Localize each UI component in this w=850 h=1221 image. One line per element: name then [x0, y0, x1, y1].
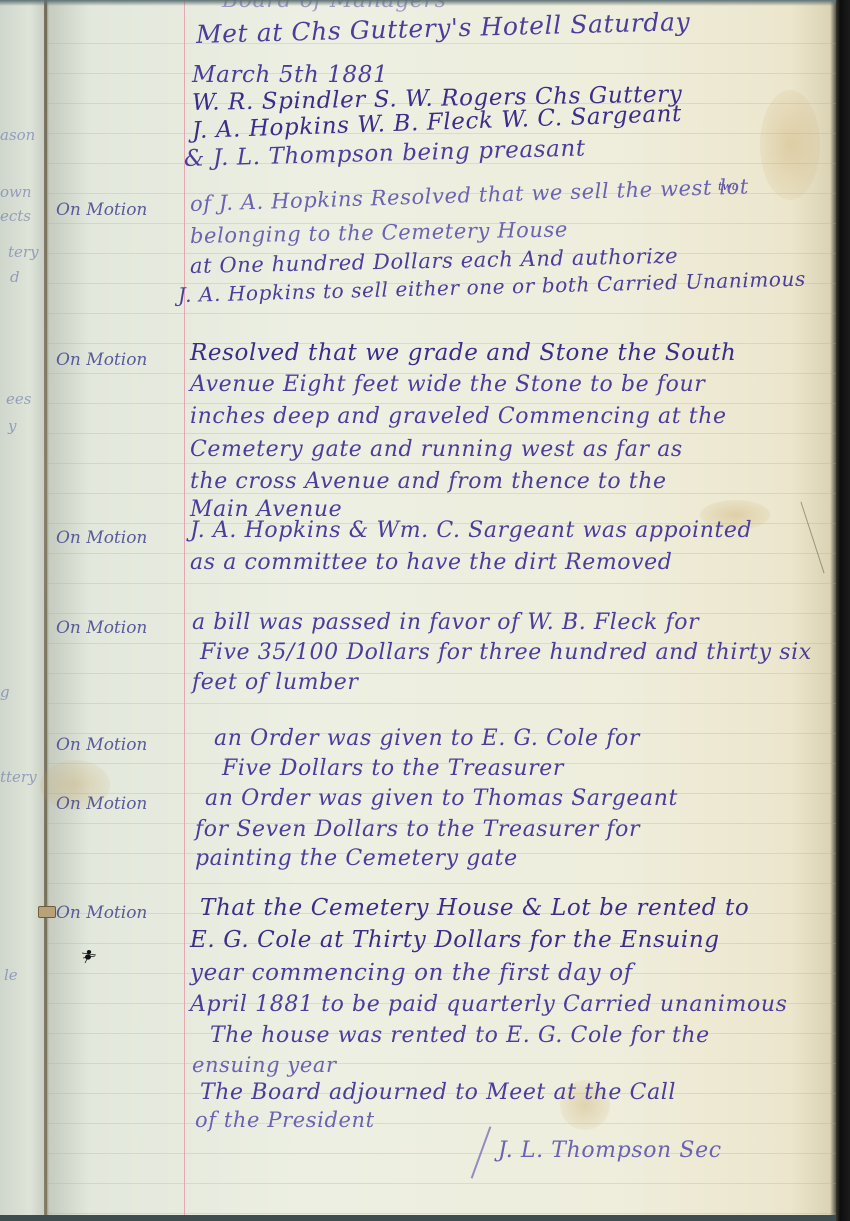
facing-page-fragment: tery — [8, 243, 39, 261]
facing-page-fragment: le — [4, 966, 18, 984]
facing-page-fragment: ees — [6, 390, 31, 408]
entry-line: an Order was given to E. G. Cole for — [214, 726, 640, 751]
entry-line: Resolved that we grade and Stone the Sou… — [190, 340, 736, 366]
entry-margin-label: On Motion — [56, 528, 147, 548]
facing-page-fragment: ects — [0, 207, 31, 225]
entry-line: feet of lumber — [192, 670, 358, 695]
entry-line: year commencing on the first day of — [190, 960, 633, 986]
facing-page-fragment: d — [10, 268, 20, 286]
entry-margin-label: On Motion — [56, 794, 147, 814]
scan-edge-shadow — [0, 0, 850, 6]
facing-page-fragment: y — [8, 417, 16, 435]
entry-margin-label: On Motion — [56, 350, 147, 370]
entry-line: Five Dollars to the Treasurer — [222, 756, 564, 781]
entry-line: ensuing year — [192, 1053, 337, 1077]
entry-line: painting the Cemetery gate — [195, 846, 518, 871]
entry-line: an Order was given to Thomas Sargeant — [205, 786, 678, 811]
entry-line: J. A. Hopkins & Wm. C. Sargeant was appo… — [190, 518, 752, 543]
facing-page-fragment: own — [0, 183, 32, 201]
facing-page-fragment: ason — [0, 126, 35, 144]
entry-margin-label: On Motion — [56, 735, 147, 755]
entry-line: inches deep and graveled Commencing at t… — [190, 404, 727, 429]
book-gutter — [44, 0, 47, 1215]
scan-right-edge — [836, 0, 850, 1221]
entry-line: a bill was passed in favor of W. B. Flec… — [192, 610, 699, 635]
entry-line: April 1881 to be paid quarterly Carried … — [190, 992, 787, 1017]
entry-line: Avenue Eight feet wide the Stone to be f… — [190, 372, 705, 397]
entry-line: E. G. Cole at Thirty Dollars for the Ens… — [190, 927, 720, 953]
insect-icon — [80, 946, 98, 964]
meeting-date: March 5th 1881 — [192, 62, 388, 88]
entry-line: That the Cemetery House & Lot be rented … — [200, 895, 749, 921]
entry-line: Cemetery gate and running west as far as — [190, 437, 683, 462]
binding-clasp — [38, 906, 56, 918]
entry-line: as a committee to have the dirt Removed — [190, 550, 672, 575]
entry-line: The Board adjourned to Meet at the Call — [200, 1080, 676, 1105]
entry-margin-label: On Motion — [56, 618, 147, 638]
entry-margin-label: On Motion — [56, 903, 147, 923]
entry-line: The house was rented to E. G. Cole for t… — [210, 1023, 710, 1048]
entry-line: Five 35/100 Dollars for three hundred an… — [200, 640, 812, 665]
entry-margin-label: On Motion — [56, 200, 147, 220]
ledger-page: ason own ects tery d ees y g ttery le Bo… — [0, 0, 840, 1221]
margin-rule — [184, 0, 185, 1215]
facing-page-fragment: g — [0, 683, 10, 701]
entry-line: the cross Avenue and from thence to the — [190, 469, 667, 494]
paper-stain — [760, 90, 820, 200]
facing-page-fragment: ttery — [0, 768, 37, 786]
entry-line: for Seven Dollars to the Treasurer for — [195, 817, 640, 842]
entry-line: of the President — [195, 1108, 375, 1132]
secretary-signature: J. L. Thompson Sec — [498, 1138, 722, 1163]
